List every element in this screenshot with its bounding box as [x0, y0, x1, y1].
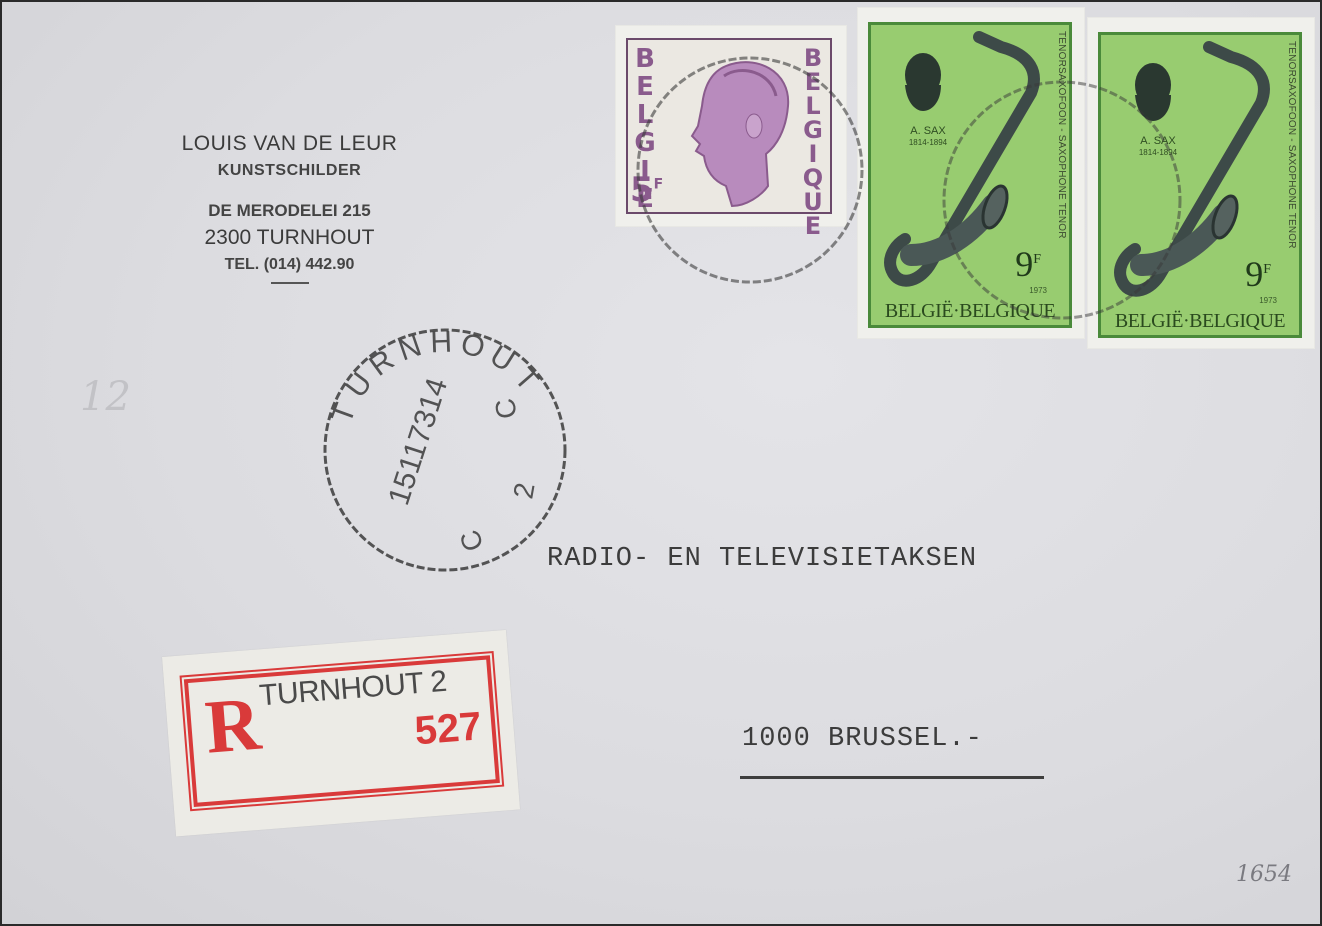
stamp-country: BELGIË·BELGIQUE — [877, 300, 1063, 323]
stamp-country: BELGIË·BELGIQUE — [1107, 310, 1293, 333]
postmark-circle — [325, 330, 565, 570]
sender-address-block: LOUIS VAN DE LEUR KUNSTSCHILDER DE MEROD… — [152, 130, 427, 284]
svg-text:T: T — [508, 362, 545, 397]
registration-office: TURNHOUT 2 — [258, 665, 448, 714]
svg-text:C: C — [489, 396, 523, 421]
addressee-line-2: 1000 BRUSSEL.- — [742, 724, 983, 754]
envelope: LOUIS VAN DE LEUR KUNSTSCHILDER DE MEROD… — [2, 2, 1320, 924]
sender-street: DE MERODELEI 215 — [152, 198, 427, 224]
svg-text:N: N — [394, 329, 425, 367]
stamp-text-belgique: BELGIQUE — [800, 44, 826, 240]
sender-name: LOUIS VAN DE LEUR — [152, 130, 427, 158]
stamp-value: 5F — [630, 170, 663, 210]
stamp-side-text: TENORSAXOFOON - SAXOPHONE TENOR — [1053, 31, 1067, 311]
svg-text:T: T — [325, 399, 362, 428]
stamp-frame: A. SAX1814-1894 TENORSAXOFOON - SAXOPHON… — [868, 22, 1072, 328]
svg-text:U: U — [339, 367, 378, 404]
addressee-underline — [740, 776, 1044, 779]
registration-letter: R — [203, 684, 264, 768]
sender-city: 2300 TURNHOUT — [152, 224, 427, 252]
postmark-office: 2 — [507, 480, 540, 501]
stamp-portrait-label: A. SAX1814-1894 — [1133, 135, 1183, 159]
stamp-portrait-label: A. SAX1814-1894 — [903, 125, 953, 149]
svg-text:H: H — [430, 326, 453, 360]
registration-box: R TURNHOUT 2 527 — [184, 655, 500, 807]
addressee-line-1: RADIO- EN TELEVISIETAKSEN — [547, 544, 977, 574]
saxophone-icon — [871, 25, 1071, 325]
stamp-king-5f: BELGIE BELGIQUE 5F — [616, 26, 846, 226]
pencil-note-left: 12 — [80, 374, 131, 420]
stamp-side-text: TENORSAXOFOON - SAXOPHONE TENOR — [1283, 41, 1297, 321]
pencil-note-bottom-right: 1654 — [1236, 862, 1292, 887]
stamp-year: 1973 — [1029, 286, 1047, 295]
stamp-frame: A. SAX1814-1894 TENORSAXOFOON - SAXOPHON… — [1098, 32, 1302, 338]
svg-text:R: R — [363, 343, 400, 382]
registration-number: 527 — [413, 704, 483, 754]
stamp-year: 1973 — [1259, 296, 1277, 305]
stamp-value: 9F — [1015, 243, 1041, 285]
divider — [271, 282, 309, 284]
registration-label: R TURNHOUT 2 527 — [162, 630, 520, 837]
postmark-date: 15117314 — [382, 374, 454, 509]
stamp-frame: BELGIE BELGIQUE 5F — [626, 38, 832, 214]
svg-text:C: C — [454, 526, 490, 556]
stamp-value: 9F — [1245, 253, 1271, 295]
sender-profession: KUNSTSCHILDER — [152, 158, 427, 184]
svg-text:U: U — [484, 339, 520, 378]
stamp-sax-9f: A. SAX1814-1894 TENORSAXOFOON - SAXOPHON… — [858, 8, 1084, 338]
svg-text:O: O — [457, 327, 488, 365]
saxophone-icon — [1101, 35, 1301, 335]
stamp-sax-9f: A. SAX1814-1894 TENORSAXOFOON - SAXOPHON… — [1088, 18, 1314, 348]
king-portrait-icon — [666, 46, 796, 216]
sender-telephone: TEL. (014) 442.90 — [152, 252, 427, 278]
